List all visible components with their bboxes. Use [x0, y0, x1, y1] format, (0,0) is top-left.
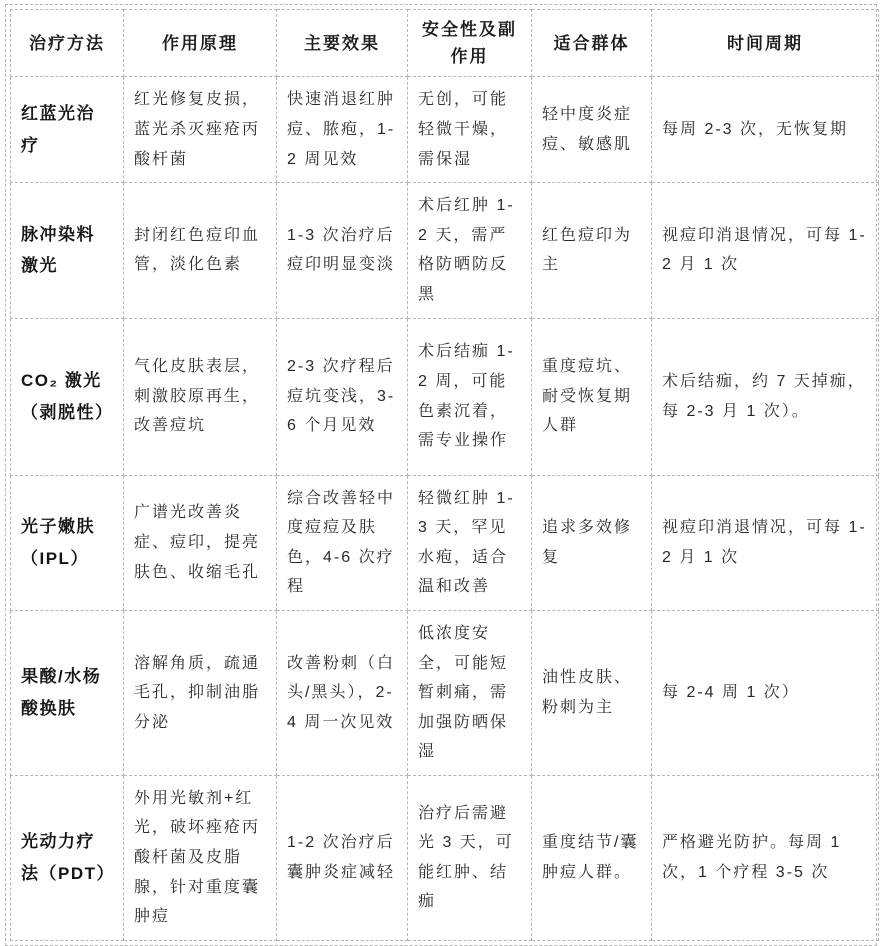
cell-effect: 1-3 次治疗后痘印明显变淡 — [277, 183, 408, 318]
table-row-ipl: 光子嫩肤（IPL） 广谱光改善炎症、痘印，提亮肤色、收缩毛孔 综合改善轻中度痘痘… — [11, 475, 879, 610]
col-header-effect: 主要效果 — [277, 10, 408, 77]
cell-cycle: 视痘印消退情况，可每 1-2 月 1 次 — [652, 183, 879, 318]
cell-method: CO₂ 激光（剥脱性） — [11, 318, 124, 475]
cell-group: 追求多效修复 — [532, 475, 652, 610]
col-header-cycle: 时间周期 — [652, 10, 879, 77]
cell-cycle: 术后结痂，约 7 天掉痂，每 2-3 月 1 次）。 — [652, 318, 879, 475]
header-row: 治疗方法 作用原理 主要效果 安全性及副作用 适合群体 时间周期 — [11, 10, 879, 77]
cell-principle: 广谱光改善炎症、痘印，提亮肤色、收缩毛孔 — [124, 475, 277, 610]
treatment-comparison-table-wrapper: 治疗方法 作用原理 主要效果 安全性及副作用 适合群体 时间周期 红蓝光治疗 红… — [5, 4, 877, 946]
cell-cycle: 严格避光防护。每周 1 次，1 个疗程 3-5 次 — [652, 775, 879, 940]
cell-cycle: 每周 2-3 次，无恢复期 — [652, 77, 879, 183]
cell-safety: 术后结痂 1-2 周，可能色素沉着，需专业操作 — [408, 318, 532, 475]
table-row-pdt: 光动力疗法（PDT） 外用光敏剂+红光，破坏痤疮丙酸杆菌及皮脂腺，针对重度囊肿痘… — [11, 775, 879, 940]
cell-effect: 改善粉刺（白头/黑头），2-4 周一次见效 — [277, 610, 408, 775]
cell-safety: 轻微红肿 1-3 天，罕见水疱，适合温和改善 — [408, 475, 532, 610]
cell-method: 红蓝光治疗 — [11, 77, 124, 183]
cell-principle: 红光修复皮损，蓝光杀灭痤疮丙酸杆菌 — [124, 77, 277, 183]
cell-method: 光动力疗法（PDT） — [11, 775, 124, 940]
cell-safety: 低浓度安全，可能短暂刺痛，需加强防晒保湿 — [408, 610, 532, 775]
cell-method: 光子嫩肤（IPL） — [11, 475, 124, 610]
col-header-method: 治疗方法 — [11, 10, 124, 77]
table-row-red-blue-light: 红蓝光治疗 红光修复皮损，蓝光杀灭痤疮丙酸杆菌 快速消退红肿痘、脓疱，1-2 周… — [11, 77, 879, 183]
treatment-comparison-table: 治疗方法 作用原理 主要效果 安全性及副作用 适合群体 时间周期 红蓝光治疗 红… — [10, 9, 879, 941]
cell-method: 果酸/水杨酸换肤 — [11, 610, 124, 775]
cell-method: 脉冲染料激光 — [11, 183, 124, 318]
cell-principle: 溶解角质，疏通毛孔，抑制油脂分泌 — [124, 610, 277, 775]
cell-safety: 术后红肿 1-2 天，需严格防晒防反黑 — [408, 183, 532, 318]
cell-principle: 外用光敏剂+红光，破坏痤疮丙酸杆菌及皮脂腺，针对重度囊肿痘 — [124, 775, 277, 940]
cell-principle: 气化皮肤表层，刺激胶原再生，改善痘坑 — [124, 318, 277, 475]
cell-safety: 治疗后需避光 3 天，可能红肿、结痂 — [408, 775, 532, 940]
cell-effect: 1-2 次治疗后囊肿炎症减轻 — [277, 775, 408, 940]
cell-group: 红色痘印为主 — [532, 183, 652, 318]
cell-safety: 无创，可能轻微干燥，需保湿 — [408, 77, 532, 183]
cell-group: 油性皮肤、粉刺为主 — [532, 610, 652, 775]
col-header-group: 适合群体 — [532, 10, 652, 77]
col-header-safety: 安全性及副作用 — [408, 10, 532, 77]
cell-effect: 综合改善轻中度痘痘及肤色，4-6 次疗程 — [277, 475, 408, 610]
cell-group: 重度结节/囊肿痘人群。 — [532, 775, 652, 940]
table-row-pulsed-dye-laser: 脉冲染料激光 封闭红色痘印血管，淡化色素 1-3 次治疗后痘印明显变淡 术后红肿… — [11, 183, 879, 318]
cell-cycle: 每 2-4 周 1 次） — [652, 610, 879, 775]
col-header-principle: 作用原理 — [124, 10, 277, 77]
cell-group: 轻中度炎症痘、敏感肌 — [532, 77, 652, 183]
page: 治疗方法 作用原理 主要效果 安全性及副作用 适合群体 时间周期 红蓝光治疗 红… — [0, 4, 882, 914]
cell-cycle: 视痘印消退情况，可每 1-2 月 1 次 — [652, 475, 879, 610]
cell-effect: 2-3 次疗程后痘坑变浅，3-6 个月见效 — [277, 318, 408, 475]
cell-principle: 封闭红色痘印血管，淡化色素 — [124, 183, 277, 318]
table-row-co2-laser: CO₂ 激光（剥脱性） 气化皮肤表层，刺激胶原再生，改善痘坑 2-3 次疗程后痘… — [11, 318, 879, 475]
cell-effect: 快速消退红肿痘、脓疱，1-2 周见效 — [277, 77, 408, 183]
cell-group: 重度痘坑、耐受恢复期人群 — [532, 318, 652, 475]
table-row-chemical-peel: 果酸/水杨酸换肤 溶解角质，疏通毛孔，抑制油脂分泌 改善粉刺（白头/黑头），2-… — [11, 610, 879, 775]
